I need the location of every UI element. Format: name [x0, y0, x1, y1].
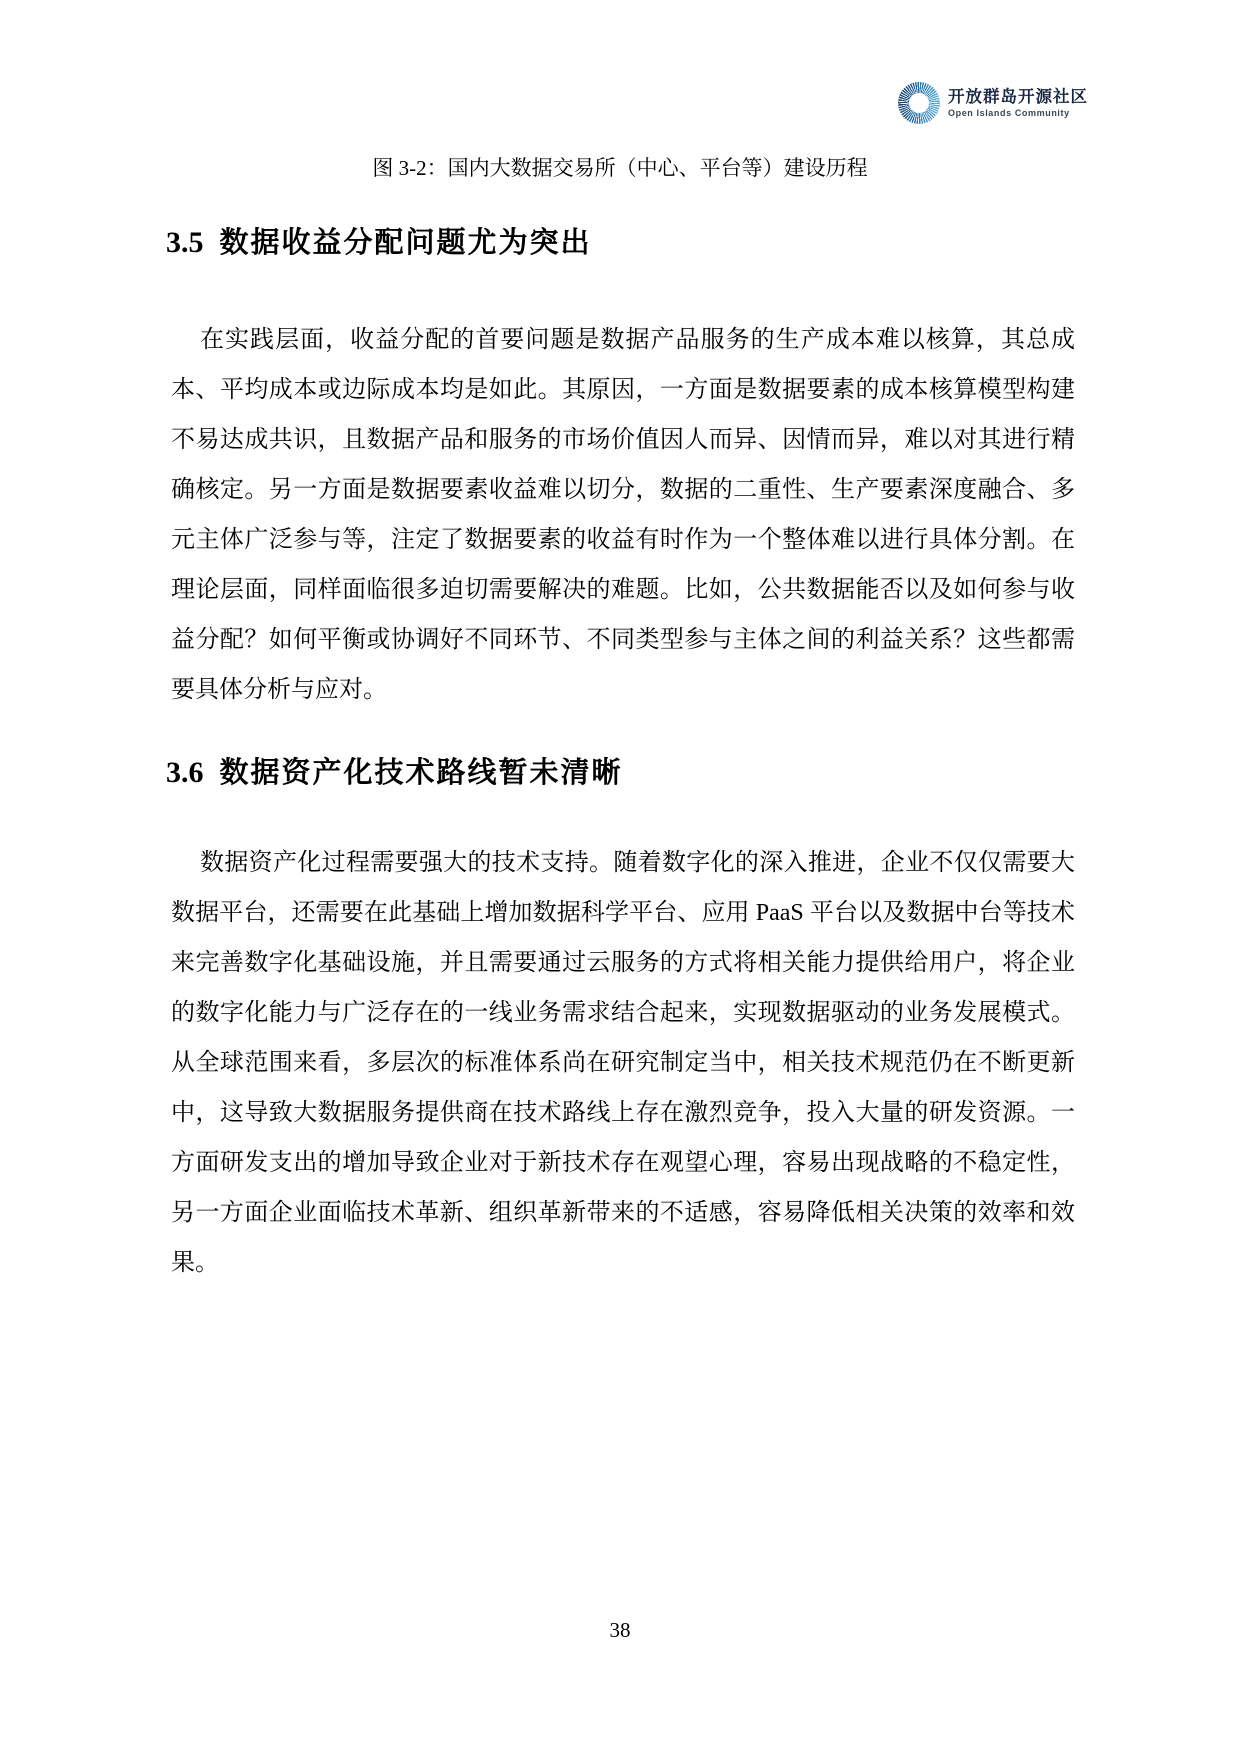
- section-title-3-6: 数据资产化技术路线暂未清晰: [220, 757, 623, 789]
- document-page: 开放群岛开源社区 Open Islands Community 图 3-2：国内…: [0, 0, 1240, 1753]
- section-heading-3-5: 3.5 数据收益分配问题尤为突出: [166, 220, 1076, 261]
- section-3-6-paragraph: 数据资产化过程需要强大的技术支持。随着数字化的深入推进，企业不仅仅需要大数据平台…: [171, 838, 1075, 1288]
- section-number-3-6: 3.6: [166, 756, 204, 789]
- page-number: 38: [0, 1618, 1240, 1643]
- section-3-5-paragraph: 在实践层面，收益分配的首要问题是数据产品服务的生产成本难以核算，其总成本、平均成…: [171, 315, 1075, 715]
- sunburst-logo-icon: [898, 82, 940, 124]
- section-number-3-5: 3.5: [166, 226, 204, 259]
- logo-text-block: 开放群岛开源社区 Open Islands Community: [948, 88, 1088, 119]
- logo-title: 开放群岛开源社区: [948, 88, 1088, 107]
- logo-subtitle: Open Islands Community: [948, 108, 1088, 118]
- section-title-3-5: 数据收益分配问题尤为突出: [220, 227, 592, 259]
- section-heading-3-6: 3.6 数据资产化技术路线暂未清晰: [166, 750, 1076, 791]
- figure-caption: 图 3-2：国内大数据交易所（中心、平台等）建设历程: [0, 152, 1240, 182]
- open-islands-logo: 开放群岛开源社区 Open Islands Community: [898, 82, 1088, 124]
